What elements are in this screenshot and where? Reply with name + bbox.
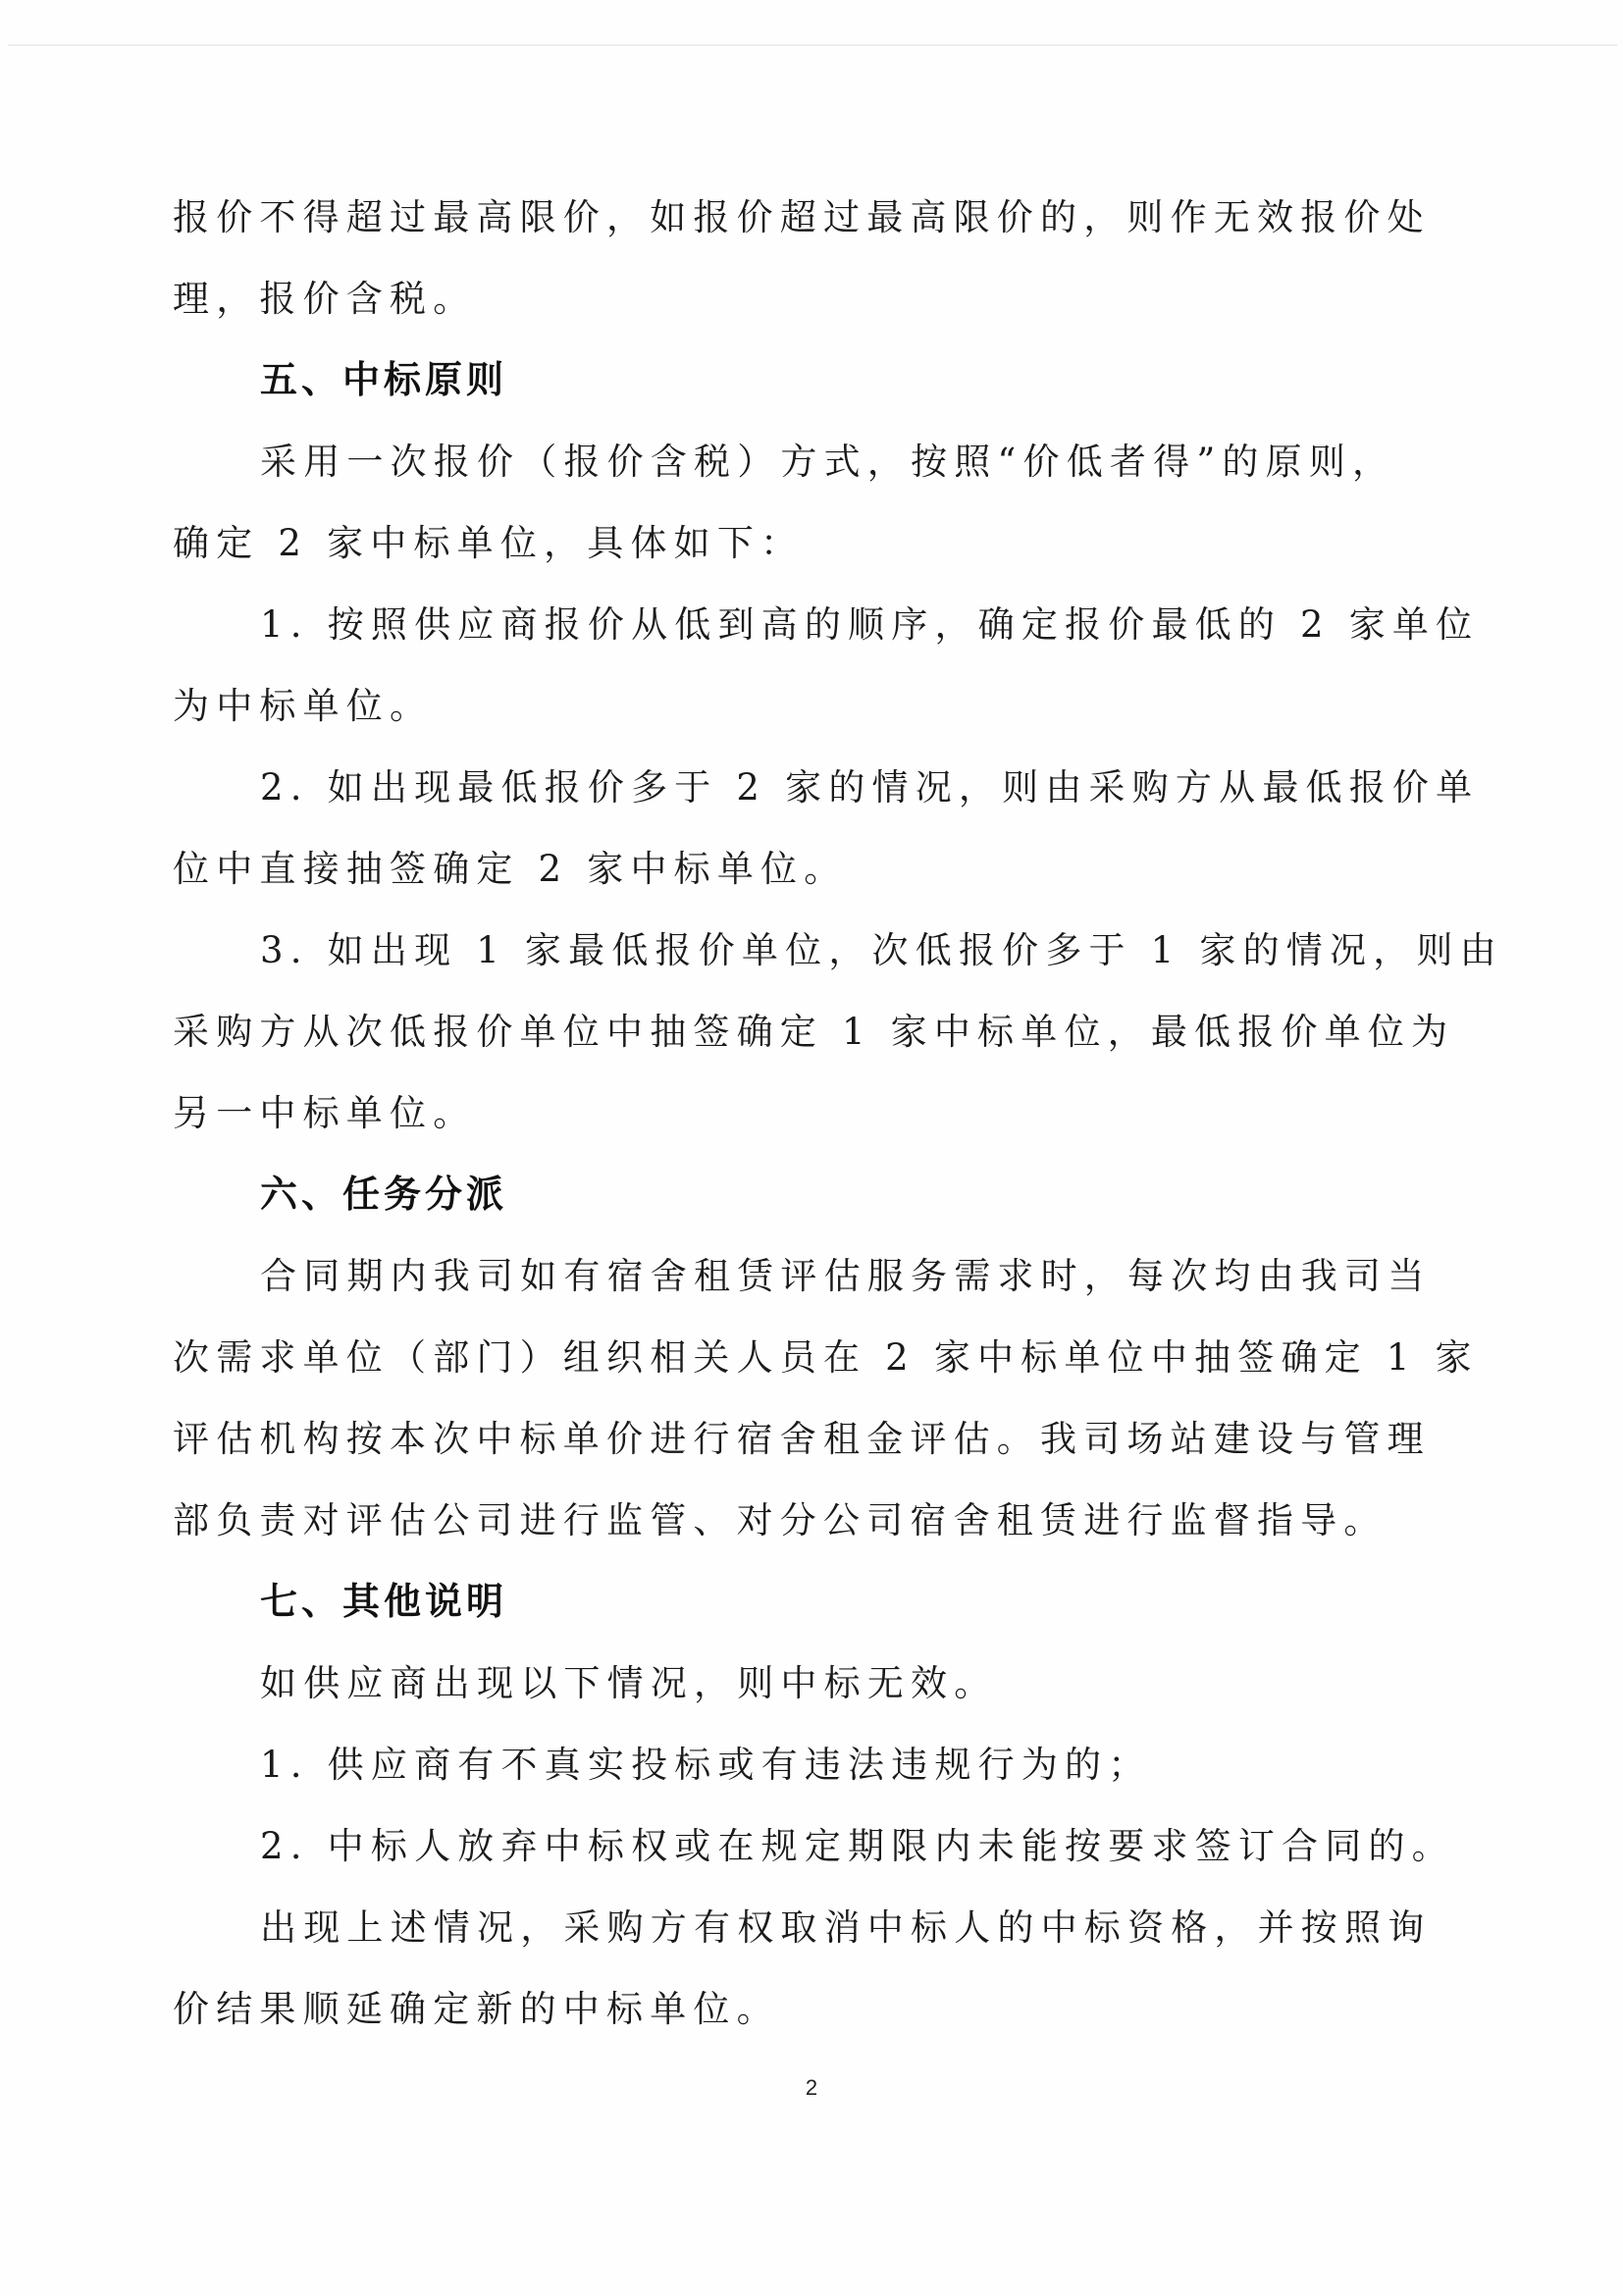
list-item-invalid-1: 1. 供应商有不真实投标或有违法违规行为的； [260, 1724, 1151, 1805]
paragraph-task-assignment-cont-2: 评估机构按本次中标单价进行宿舍租金评估。我司场站建设与管理 [173, 1398, 1431, 1480]
paragraph-task-assignment: 合同期内我司如有宿舍租赁评估服务需求时，每次均由我司当 [260, 1235, 1431, 1317]
list-item-award-1: 1. 按照供应商报价从低到高的顺序，确定报价最低的 2 家单位 [260, 584, 1479, 665]
paragraph-award-method-cont: 确定 2 家中标单位，具体如下： [173, 502, 804, 584]
list-item-award-3-cont: 采购方从次低报价单位中抽签确定 1 家中标单位，最低报价单位为 [173, 991, 1454, 1072]
document-page: 报价不得超过最高限价，如报价超过最高限价的，则作无效报价处 理，报价含税。 五、… [0, 0, 1623, 2296]
section-heading-award-principle: 五、中标原则 [260, 339, 507, 421]
list-item-award-1-cont: 为中标单位。 [173, 665, 433, 747]
paragraph-cancellation: 出现上述情况，采购方有权取消中标人的中标资格，并按照询 [260, 1887, 1431, 1968]
paragraph-invalid-conditions: 如供应商出现以下情况，则中标无效。 [260, 1643, 997, 1724]
scan-edge-line [8, 44, 1617, 46]
paragraph-task-assignment-cont-3: 部负责对评估公司进行监管、对分公司宿舍租赁进行监督指导。 [173, 1480, 1387, 1561]
paragraph-award-method: 采用一次报价（报价含税）方式，按照“价低者得”的原则， [260, 421, 1395, 502]
list-item-award-2-cont: 位中直接抽签确定 2 家中标单位。 [173, 828, 847, 910]
body-line-price-cap-cont: 理，报价含税。 [173, 258, 476, 339]
paragraph-cancellation-cont: 价结果顺延确定新的中标单位。 [173, 1968, 780, 2050]
list-item-invalid-2: 2. 中标人放弃中标权或在规定期限内未能按要求签订合同的。 [260, 1805, 1455, 1887]
page-number: 2 [0, 2075, 1623, 2101]
list-item-award-3-end: 另一中标单位。 [173, 1072, 476, 1154]
section-heading-task-assignment: 六、任务分派 [260, 1154, 507, 1235]
section-heading-other-notes: 七、其他说明 [260, 1561, 507, 1643]
paragraph-task-assignment-cont-1: 次需求单位（部门）组织相关人员在 2 家中标单位中抽签确定 1 家 [173, 1317, 1479, 1398]
list-item-award-3: 3. 如出现 1 家最低报价单位，次低报价多于 1 家的情况，则由 [260, 910, 1503, 991]
body-line-price-cap: 报价不得超过最高限价，如报价超过最高限价的，则作无效报价处 [173, 177, 1431, 258]
list-item-award-2: 2. 如出现最低报价多于 2 家的情况，则由采购方从最低报价单 [260, 747, 1479, 828]
